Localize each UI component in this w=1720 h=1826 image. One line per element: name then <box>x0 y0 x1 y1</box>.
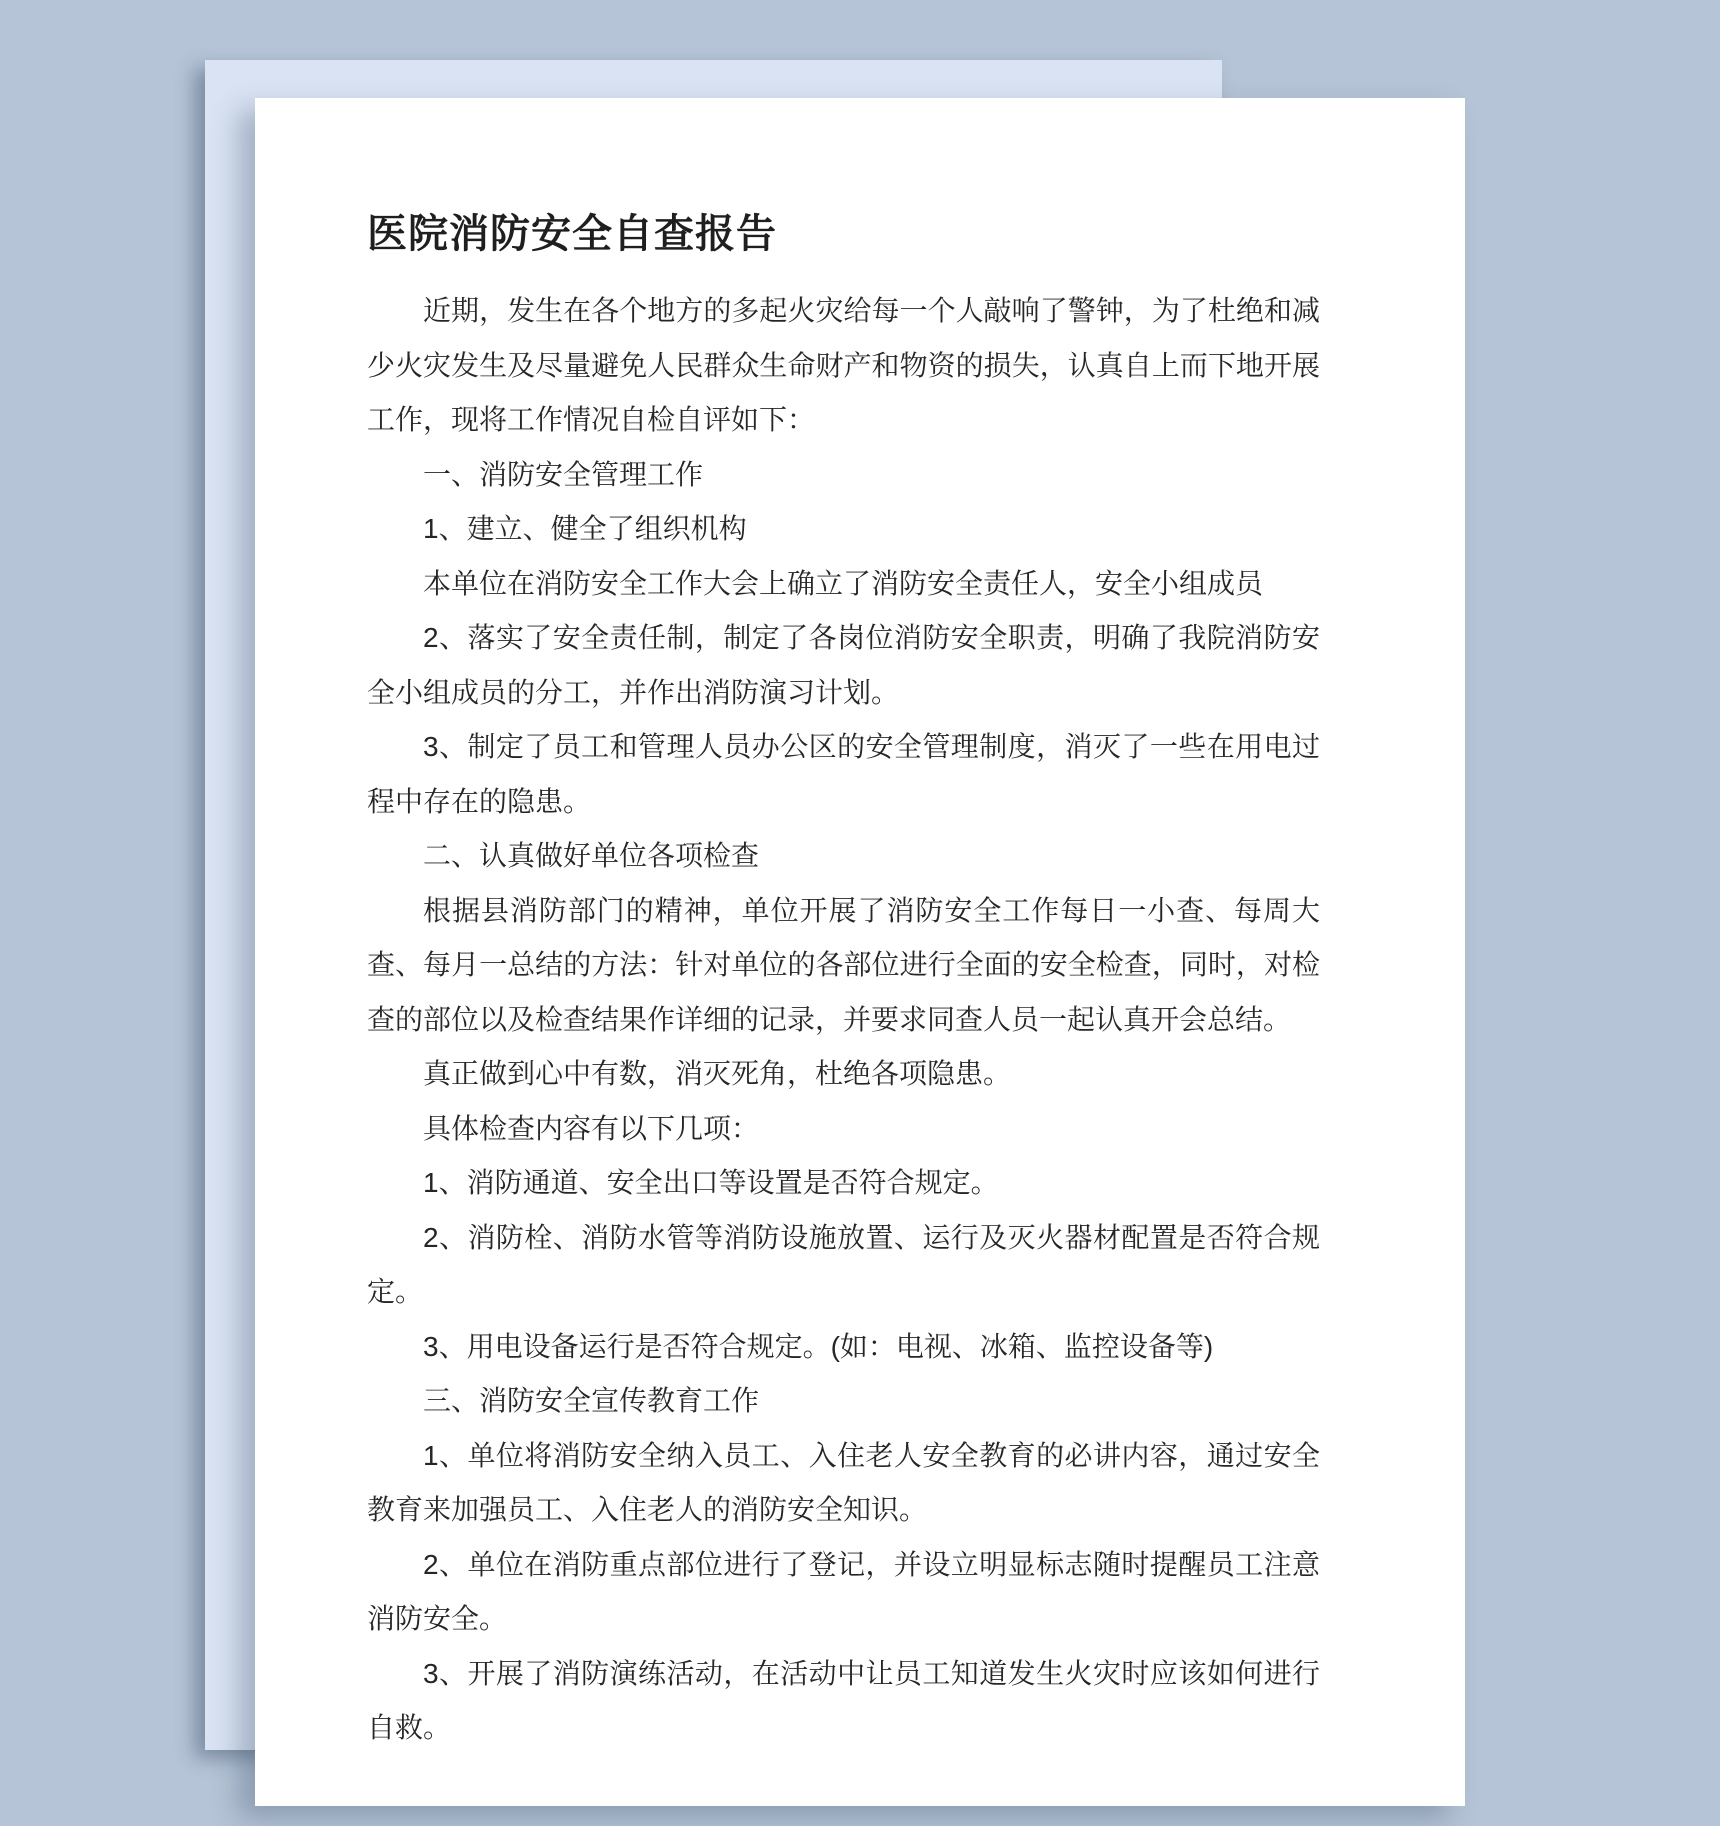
document-page: 医院消防安全自查报告 近期，发生在各个地方的多起火灾给每一个人敲响了警钟，为了杜… <box>255 98 1465 1806</box>
paragraph-checklist-item1: 1、消防通道、安全出口等设置是否符合规定。 <box>367 1156 1320 1211</box>
paragraph-section3-item2: 2、单位在消防重点部位进行了登记，并设立明显标志随时提醒员工注意消防安全。 <box>367 1538 1320 1647</box>
paragraph-section2-note: 真正做到心中有数，消灭死角，杜绝各项隐患。 <box>367 1047 1320 1102</box>
document-title: 医院消防安全自查报告 <box>367 208 1320 260</box>
desktop-background: { "document": { "title": "医院消防安全自查报告", "… <box>0 0 1720 1826</box>
paragraph-section3-item1: 1、单位将消防安全纳入员工、入住老人安全教育的必讲内容，通过安全教育来加强员工、… <box>367 1429 1320 1538</box>
paragraph-checklist-item2: 2、消防栓、消防水管等消防设施放置、运行及灭火器材配置是否符合规定。 <box>367 1211 1320 1320</box>
paragraph-section3-item3: 3、开展了消防演练活动，在活动中让员工知道发生火灾时应该如何进行自救。 <box>367 1647 1320 1756</box>
paragraph-section1-item2: 2、落实了安全责任制，制定了各岗位消防安全职责，明确了我院消防安全小组成员的分工… <box>367 611 1320 720</box>
paragraph-section1-item1: 1、建立、健全了组织机构 <box>367 502 1320 557</box>
paragraph-checklist-item3: 3、用电设备运行是否符合规定。(如：电视、冰箱、监控设备等) <box>367 1320 1320 1375</box>
paragraph-checklist-intro: 具体检查内容有以下几项： <box>367 1102 1320 1157</box>
paragraph-section1-item3: 3、制定了员工和管理人员办公区的安全管理制度，消灭了一些在用电过程中存在的隐患。 <box>367 720 1320 829</box>
paragraph-section2-detail: 根据县消防部门的精神，单位开展了消防安全工作每日一小查、每周大查、每月一总结的方… <box>367 884 1320 1048</box>
paragraph-section2-heading: 二、认真做好单位各项检查 <box>367 829 1320 884</box>
paragraph-section1-item1-detail: 本单位在消防安全工作大会上确立了消防安全责任人，安全小组成员 <box>367 557 1320 612</box>
paragraph-section3-heading: 三、消防安全宣传教育工作 <box>367 1374 1320 1429</box>
document-body: 近期，发生在各个地方的多起火灾给每一个人敲响了警钟，为了杜绝和减少火灾发生及尽量… <box>367 284 1320 1756</box>
paragraph-section1-heading: 一、消防安全管理工作 <box>367 448 1320 503</box>
paragraph-intro: 近期，发生在各个地方的多起火灾给每一个人敲响了警钟，为了杜绝和减少火灾发生及尽量… <box>367 284 1320 448</box>
